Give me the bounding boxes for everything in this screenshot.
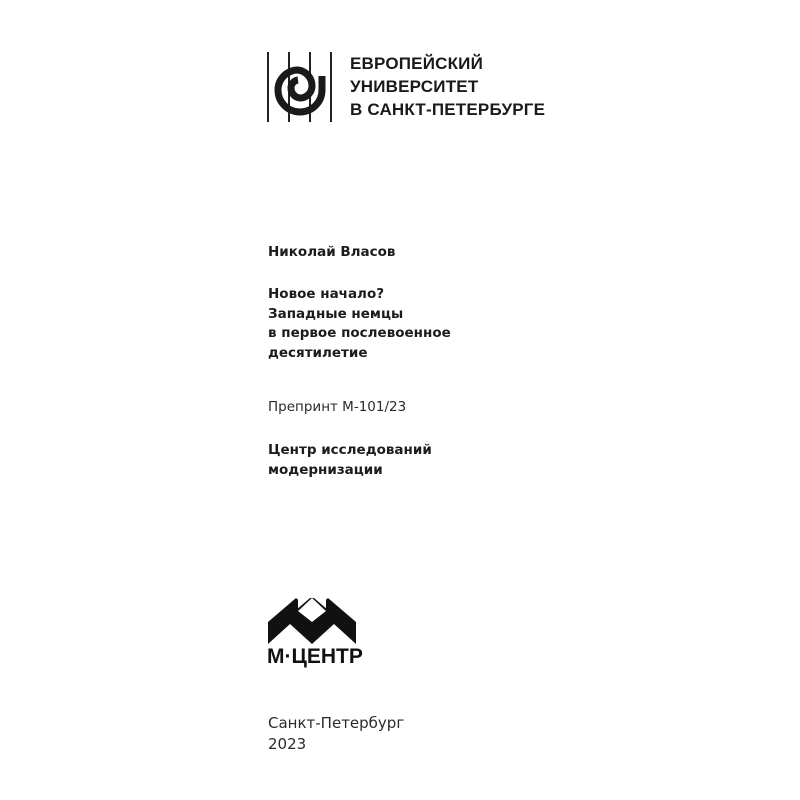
university-name-line: УНИВЕРСИТЕТ [350, 75, 545, 98]
spiral-columns-logo-icon [266, 50, 334, 124]
publication-year: 2023 [268, 734, 404, 755]
university-name: ЕВРОПЕЙСКИЙ УНИВЕРСИТЕТ В САНКТ-ПЕТЕРБУР… [350, 52, 545, 121]
preprint-number: Препринт М-101/23 [268, 398, 406, 416]
research-center: Центр исследований модернизации [268, 440, 432, 480]
book-title-line: десятилетие [268, 344, 451, 364]
book-title-line: в первое послевоенное [268, 324, 451, 344]
book-title-line: Новое начало? [268, 285, 451, 305]
imprint-name: М·ЦЕНТР [267, 645, 363, 669]
research-center-line: Центр исследований [268, 440, 432, 460]
book-title-line: Западные немцы [268, 305, 451, 325]
publication-place: Санкт-Петербург 2023 [268, 713, 404, 755]
university-name-line: В САНКТ-ПЕТЕРБУРГЕ [350, 98, 545, 121]
book-title: Новое начало? Западные немцы в первое по… [268, 285, 451, 363]
author-name: Николай Власов [268, 243, 395, 261]
university-name-line: ЕВРОПЕЙСКИЙ [350, 52, 545, 75]
m-center-mountain-logo-icon [268, 598, 356, 646]
research-center-line: модернизации [268, 460, 432, 480]
publication-city: Санкт-Петербург [268, 713, 404, 734]
